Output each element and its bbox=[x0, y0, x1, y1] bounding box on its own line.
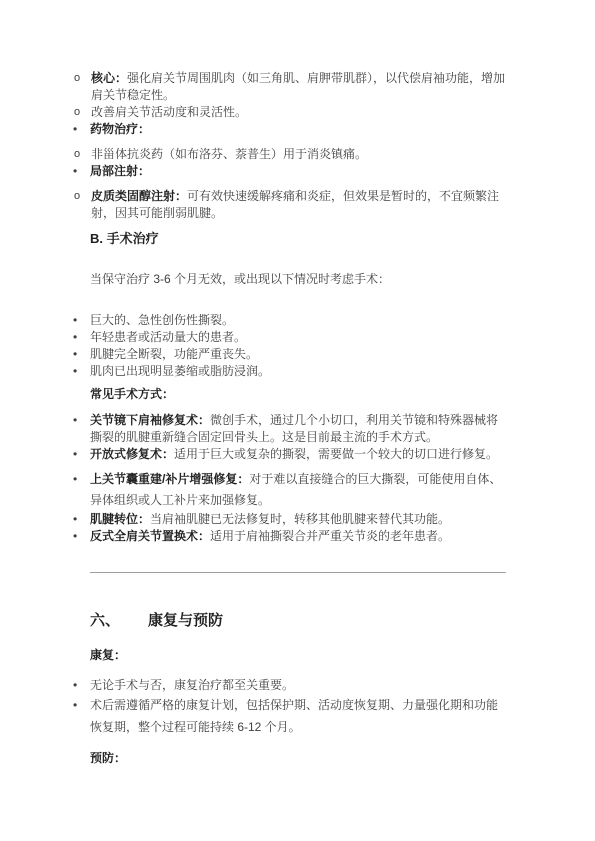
surgery-methods-list: • 关节镜下肩袖修复术：微创手术，通过几个小切口，利用关节镜和特殊器械将撕裂的肌… bbox=[73, 412, 595, 545]
surgery-indications-list: • 巨大的、急性创伤性撕裂。 • 年轻患者或活动量大的患者。 • 肌腱完全断裂，… bbox=[73, 312, 595, 380]
list-item-strong: 上关节囊重建/补片增强修复： bbox=[90, 472, 249, 486]
rehab-list: • 无论手术与否，康复治疗都至关重要。 • 术后需遵循严格的康复计划，包括保护期… bbox=[73, 677, 595, 738]
list-item: • 药物治疗： bbox=[73, 121, 595, 138]
list-item: • 关节镜下肩袖修复术：微创手术，通过几个小切口，利用关节镜和特殊器械将撕裂的肌… bbox=[73, 412, 595, 446]
list-item: • 肌腱完全断裂，功能严重丧失。 bbox=[73, 346, 595, 363]
list-item-text: 改善肩关节活动度和灵活性。 bbox=[91, 105, 247, 119]
list-item: o 皮质类固醇注射：可有效快速缓解疼痛和炎症，但效果是暂时的，不宜频繁注射，因其… bbox=[73, 188, 595, 222]
disc-bullet-icon: • bbox=[73, 528, 90, 545]
disc-bullet-icon: • bbox=[73, 163, 90, 180]
disc-bullet-icon: • bbox=[73, 363, 90, 380]
circle-bullet-icon: o bbox=[73, 70, 91, 104]
list-item-text: 无论手术与否，康复治疗都至关重要。 bbox=[90, 677, 508, 694]
disc-bullet-icon: • bbox=[73, 329, 90, 346]
disc-bullet-icon: • bbox=[73, 346, 90, 363]
section-divider bbox=[90, 572, 506, 573]
list-item: • 肌肉已出现明显萎缩或脂肪浸润。 bbox=[73, 363, 595, 380]
list-item: • 无论手术与否，康复治疗都至关重要。 bbox=[73, 677, 595, 694]
disc-bullet-icon: • bbox=[73, 312, 90, 329]
disc-bullet-icon: • bbox=[73, 412, 90, 446]
disc-bullet-icon: • bbox=[73, 469, 90, 511]
disc-bullet-icon: • bbox=[73, 677, 90, 694]
list-item: o 非甾体抗炎药（如布洛芬、萘普生）用于消炎镇痛。 bbox=[73, 146, 595, 163]
rehab-prevention-heading: 六、康复与预防 bbox=[90, 611, 595, 631]
list-item: • 开放式修复术：适用于巨大或复杂的撕裂，需要做一个较大的切口进行修复。 bbox=[73, 446, 595, 463]
rehab-label: 康复： bbox=[90, 647, 595, 664]
disc-bullet-icon: • bbox=[73, 446, 90, 463]
list-item-text: 肌肉已出现明显萎缩或脂肪浸润。 bbox=[90, 363, 508, 380]
list-item-text: 强化肩关节周围肌肉（如三角肌、肩胛带肌群），以代偿肩袖功能，增加肩关节稳定性。 bbox=[91, 71, 505, 102]
circle-bullet-icon: o bbox=[73, 146, 91, 163]
disc-bullet-icon: • bbox=[73, 121, 90, 138]
list-item-strong: 关节镜下肩袖修复术： bbox=[90, 413, 210, 427]
prevention-label: 预防： bbox=[90, 750, 595, 767]
conservative-treatment-list: o 核心：强化肩关节周围肌肉（如三角肌、肩胛带肌群），以代偿肩袖功能，增加肩关节… bbox=[73, 70, 595, 222]
list-item: o 核心：强化肩关节周围肌肉（如三角肌、肩胛带肌群），以代偿肩袖功能，增加肩关节… bbox=[73, 70, 595, 104]
list-item-text: 非甾体抗炎药（如布洛芬、萘普生）用于消炎镇痛。 bbox=[91, 147, 367, 161]
list-item-strong: 反式全肩关节置换术： bbox=[90, 529, 210, 543]
list-item-text: 术后需遵循严格的康复计划，包括保护期、活动度恢复期、力量强化期和功能恢复期，整个… bbox=[90, 694, 508, 738]
document-page: o 核心：强化肩关节周围肌肉（如三角肌、肩胛带肌群），以代偿肩袖功能，增加肩关节… bbox=[0, 0, 595, 841]
list-item-text: 适用于肩袖撕裂合并严重关节炎的老年患者。 bbox=[210, 529, 450, 543]
list-item-strong: 药物治疗： bbox=[90, 122, 150, 136]
list-item-strong: 肌腱转位： bbox=[90, 512, 150, 526]
list-item: • 肌腱转位：当肩袖肌腱已无法修复时，转移其他肌腱来替代其功能。 bbox=[73, 511, 595, 528]
heading-title: 康复与预防 bbox=[148, 612, 223, 629]
list-item-text: 适用于巨大或复杂的撕裂，需要做一个较大的切口进行修复。 bbox=[174, 447, 498, 461]
disc-bullet-icon: • bbox=[73, 694, 90, 738]
list-item-text: 当肩袖肌腱已无法修复时，转移其他肌腱来替代其功能。 bbox=[150, 512, 450, 526]
list-item: • 上关节囊重建/补片增强修复：对于难以直接缝合的巨大撕裂，可能使用自体、异体组… bbox=[73, 469, 595, 511]
list-item-strong: 皮质类固醇注射： bbox=[91, 189, 187, 203]
surgery-methods-heading: 常见手术方式： bbox=[90, 386, 595, 403]
list-item-text: 年轻患者或活动量大的患者。 bbox=[90, 329, 508, 346]
list-item: • 局部注射： bbox=[73, 163, 595, 180]
list-item-text: 巨大的、急性创伤性撕裂。 bbox=[90, 312, 508, 329]
list-item-strong: 局部注射： bbox=[90, 164, 150, 178]
surgery-section-heading: B. 手术治疗 bbox=[90, 230, 595, 248]
list-item-strong: 开放式修复术： bbox=[90, 447, 174, 461]
list-item: o 改善肩关节活动度和灵活性。 bbox=[73, 104, 595, 121]
circle-bullet-icon: o bbox=[73, 104, 91, 121]
heading-number: 六、 bbox=[90, 611, 148, 631]
list-item: • 反式全肩关节置换术：适用于肩袖撕裂合并严重关节炎的老年患者。 bbox=[73, 528, 595, 545]
circle-bullet-icon: o bbox=[73, 188, 91, 222]
list-item: • 术后需遵循严格的康复计划，包括保护期、活动度恢复期、力量强化期和功能恢复期，… bbox=[73, 694, 595, 738]
disc-bullet-icon: • bbox=[73, 511, 90, 528]
list-item-strong: 核心： bbox=[91, 71, 127, 85]
surgery-intro-paragraph: 当保守治疗 3-6 个月无效，或出现以下情况时考虑手术： bbox=[90, 271, 510, 288]
list-item: • 年轻患者或活动量大的患者。 bbox=[73, 329, 595, 346]
list-item-text: 肌腱完全断裂，功能严重丧失。 bbox=[90, 346, 508, 363]
list-item: • 巨大的、急性创伤性撕裂。 bbox=[73, 312, 595, 329]
